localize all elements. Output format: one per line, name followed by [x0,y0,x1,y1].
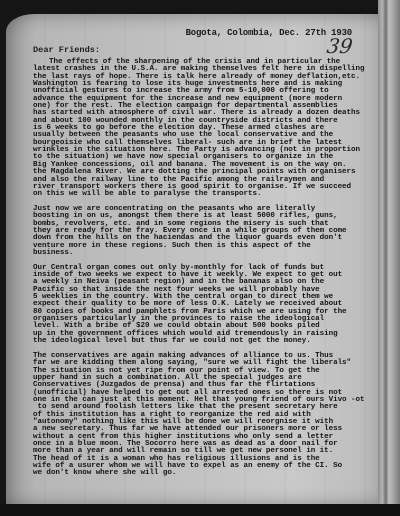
text-line: the ideological level but thus far we co… [33,338,378,345]
paragraph-crisis-effects: The effects of the sharpening of the cri… [33,59,378,199]
text-line: we don't know where she will go. [33,470,378,477]
text-line: on this we will be able to paralyse the … [33,191,378,198]
handwritten-page-number: 39 [325,34,354,58]
text-line: venture more in these regions. Such then… [33,243,378,250]
text-line: business. [33,250,378,257]
page-stack-edge [378,0,400,516]
scan-bottom-border [0,504,400,516]
letter-body: The effects of the sharpening of the cri… [33,59,378,485]
salutation: Dear Friends: [33,45,100,55]
place-date-line: Bogota, Colombia, Dec. 27th 1930 [186,28,352,38]
paragraph-central-organ: Our Central organ comes out only by-mont… [33,265,378,346]
paragraph-conservatives: The conservatives are again making advan… [33,353,378,478]
paragraph-peasants: Just now we are concentrating on the pea… [33,206,378,257]
